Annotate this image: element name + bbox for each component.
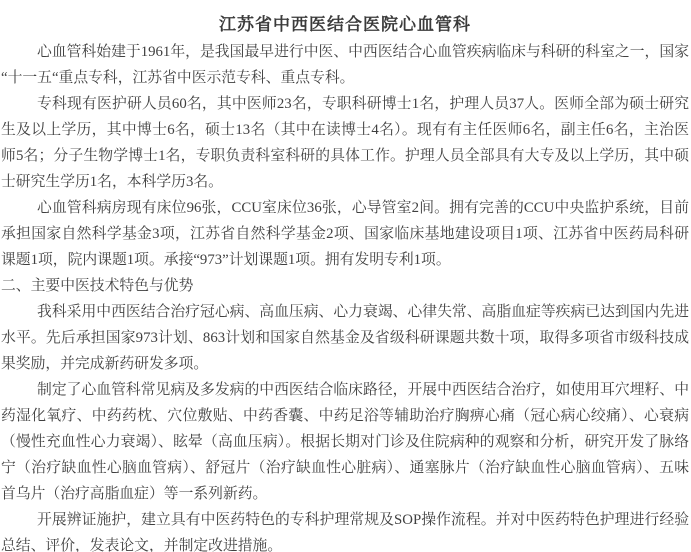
document-title: 江苏省中西医结合医院心血管科 bbox=[1, 11, 689, 39]
paragraph: 心血管科始建于1961年，是我国最早进行中医、中西医结合心血管疾病临床与科研的科… bbox=[1, 39, 689, 91]
paragraph: 专科现有医护研人员60名，其中医师23名，专职科研博士1名，护理人员37人。医师… bbox=[1, 91, 689, 195]
document-page: 江苏省中西医结合医院心血管科 心血管科始建于1961年，是我国最早进行中医、中西… bbox=[0, 0, 691, 552]
paragraph: 我科采用中西医结合治疗冠心病、高血压病、心力衰竭、心律失常、高脂血症等疾病已达到… bbox=[1, 299, 689, 377]
document-body: 心血管科始建于1961年，是我国最早进行中医、中西医结合心血管疾病临床与科研的科… bbox=[1, 39, 689, 552]
paragraph: 开展辨证施护，建立具有中医药特色的专科护理常规及SOP操作流程。并对中医药特色护… bbox=[1, 507, 689, 552]
paragraph: 心血管科病房现有床位96张，CCU室床位36张，心导管室2间。拥有完善的CCU中… bbox=[1, 195, 689, 273]
paragraph: 制定了心血管科常见病及多发病的中西医结合临床路径，开展中西医结合治疗，如使用耳穴… bbox=[1, 377, 689, 507]
section-heading: 二、主要中医技术特色与优势 bbox=[1, 273, 689, 299]
